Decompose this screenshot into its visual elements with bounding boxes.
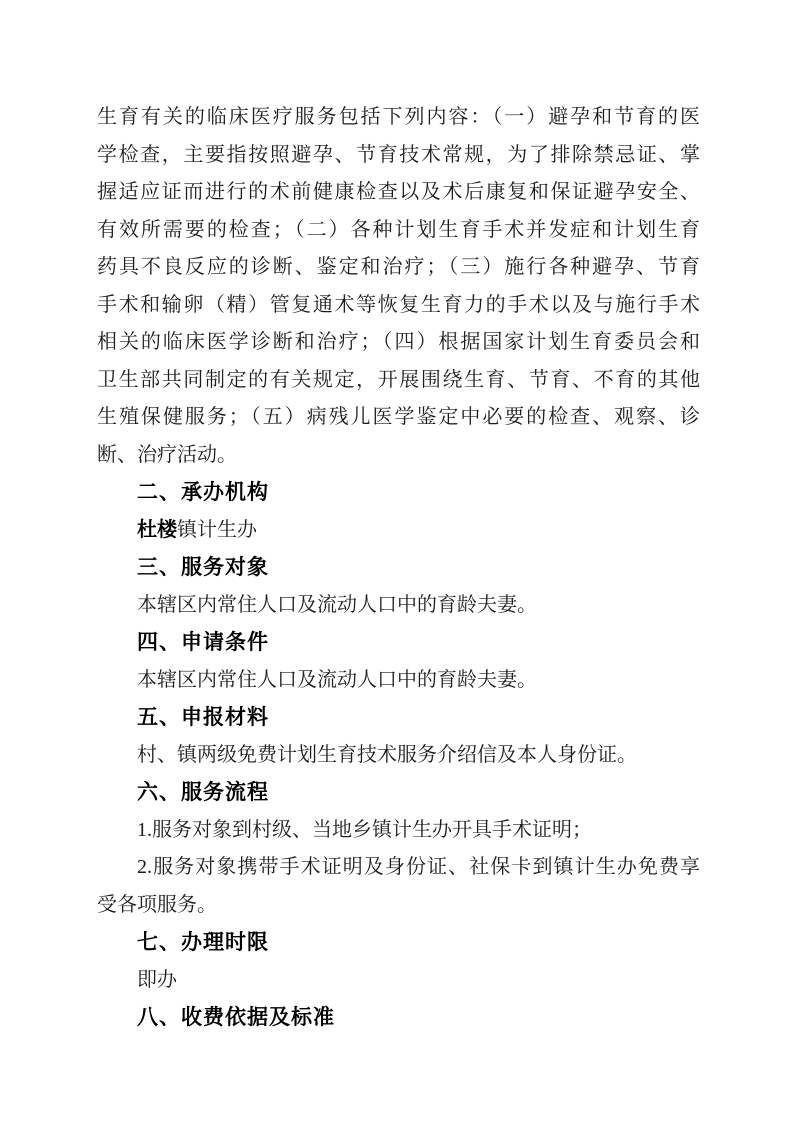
step-line-2-continuation: 受各项服务。: [97, 887, 700, 925]
paragraph-line: 本辖区内常住人口及流动人口中的育龄夫妻。: [97, 662, 700, 700]
paragraph-line: 生育有关的临床医疗服务包括下列内容：（一）避孕和节育的医: [97, 99, 700, 137]
paragraph-line: 卫生部共同制定的有关规定，开展围绕生育、节育、不育的其他: [97, 362, 700, 400]
section-heading-fuwu-liucheng: 六、服务流程: [97, 774, 700, 812]
paragraph-line: 断、治疗活动。: [97, 437, 700, 475]
section-heading-fuwu-duixiang: 三、服务对象: [97, 549, 700, 587]
section-heading-shenbao-cailiao: 五、申报材料: [97, 699, 700, 737]
section-heading-shenqing-tiaojian: 四、申请条件: [97, 624, 700, 662]
paragraph-line: 有效所需要的检查；（二）各种计划生育手术并发症和计划生育: [97, 212, 700, 250]
section-heading-shoufei-yiju: 八、收费依据及标准: [97, 999, 700, 1037]
paragraph-line: 本辖区内常住人口及流动人口中的育龄夫妻。: [97, 587, 700, 625]
step-line-1: 1.服务对象到村级、当地乡镇计生办开具手术证明；: [97, 812, 700, 850]
paragraph-line: 相关的临床医学诊断和治疗；（四）根据国家计划生育委员会和: [97, 324, 700, 362]
paragraph-line: 生殖保健服务；（五）病残儿医学鉴定中必要的检查、观察、诊: [97, 399, 700, 437]
step-line-2: 2.服务对象携带手术证明及身份证、社保卡到镇计生办免费享: [97, 849, 700, 887]
section-heading-chengban-jigou: 二、承办机构: [97, 474, 700, 512]
agency-name-bold: 杜楼: [137, 519, 177, 541]
paragraph-line: 手术和输卵（精）管复通术等恢复生育力的手术以及与施行手术: [97, 287, 700, 325]
agency-line: 杜楼镇计生办: [97, 512, 700, 550]
paragraph-line: 学检查，主要指按照避孕、节育技术常规，为了排除禁忌证、掌: [97, 137, 700, 175]
paragraph-line: 即办: [97, 962, 700, 1000]
paragraph-line: 药具不良反应的诊断、鉴定和治疗；（三）施行各种避孕、节育: [97, 249, 700, 287]
agency-name-rest: 镇计生办: [177, 519, 257, 541]
paragraph-line: 村、镇两级免费计划生育技术服务介绍信及本人身份证。: [97, 737, 700, 775]
document-page: 生育有关的临床医疗服务包括下列内容：（一）避孕和节育的医 学检查，主要指按照避孕…: [0, 0, 793, 1122]
section-heading-banli-shixian: 七、办理时限: [97, 924, 700, 962]
paragraph-line: 握适应证而进行的术前健康检查以及术后康复和保证避孕安全、: [97, 174, 700, 212]
